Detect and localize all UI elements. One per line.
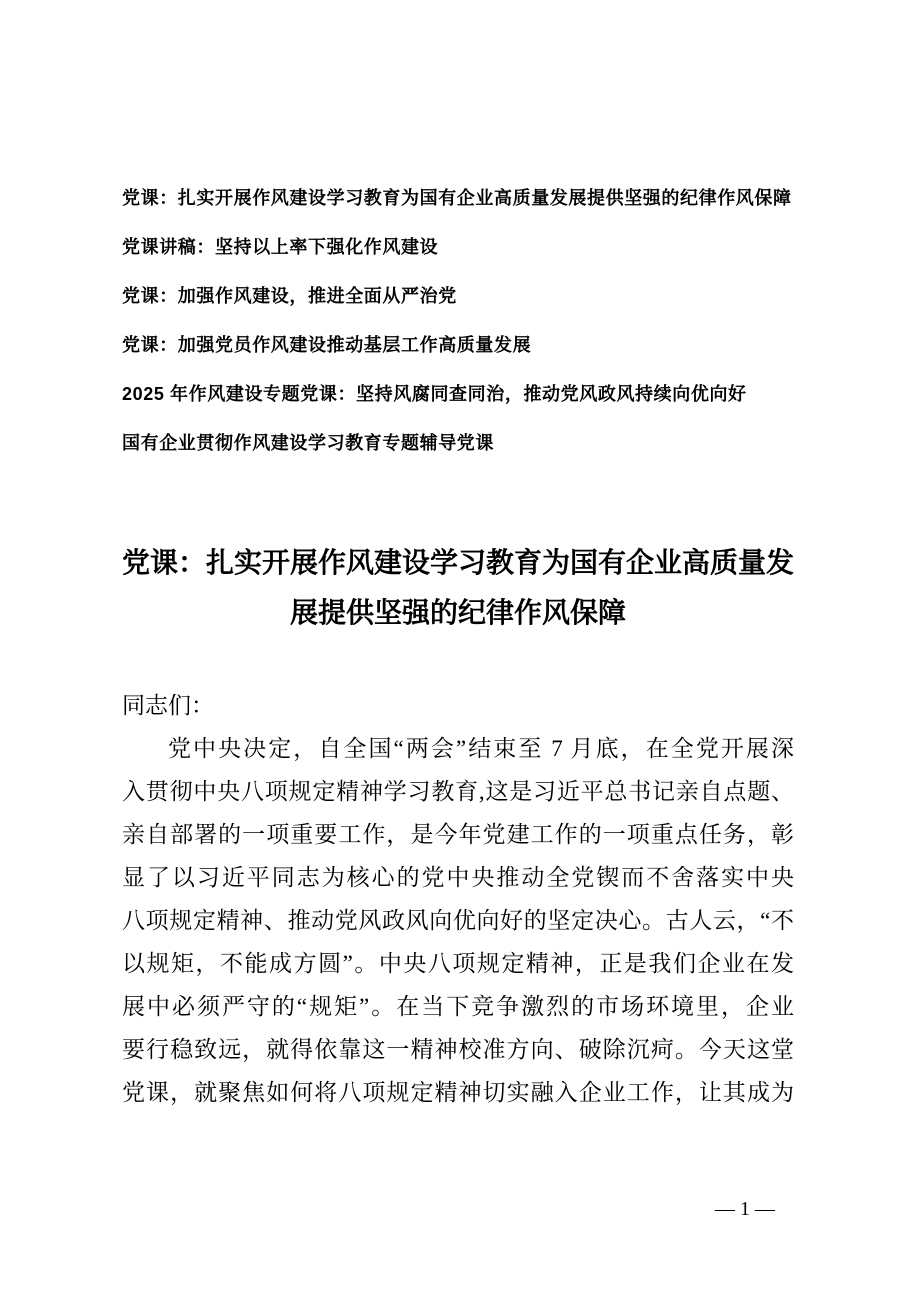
related-article-title-3: 党课：加强作风建设，推进全面从严治党 <box>122 272 798 321</box>
related-article-title-5: 2025 年作风建设专题党课：坚持风腐同查同治，推动党风政风持续向优向好 <box>122 370 798 419</box>
body-line-8: 要行稳致远，就得依靠这一精神校准方向、破除沉疴。今天这堂 <box>122 1028 794 1071</box>
body-line-1: 党中央决定，自全国“两会”结束至 7 月底，在全党开展深 <box>122 727 794 770</box>
page-number: — 1 — <box>715 1196 775 1222</box>
body-line-3: 亲自部署的一项重要工作，是今年党建工作的一项重点任务，彰 <box>122 813 794 856</box>
document-body: 同志们： 党中央决定，自全国“两会”结束至 7 月底，在全党开展深 入贯彻中央八… <box>122 684 794 1114</box>
related-articles-list: 党课：扎实开展作风建设学习教育为国有企业高质量发展提供坚强的纪律作风保障 党课讲… <box>122 174 798 468</box>
document-title-line-1: 党课：扎实开展作风建设学习教育为国有企业高质量发 <box>122 538 794 588</box>
related-article-title-4: 党课：加强党员作风建设推动基层工作高质量发展 <box>122 321 798 370</box>
body-line-2: 入贯彻中央八项规定精神学习教育,这是习近平总书记亲自点题、 <box>122 770 794 813</box>
body-line-5: 八项规定精神、推动党风政风向优向好的坚定决心。古人云，“不 <box>122 899 794 942</box>
salutation: 同志们： <box>122 684 794 727</box>
document-title: 党课：扎实开展作风建设学习教育为国有企业高质量发 展提供坚强的纪律作风保障 <box>122 538 794 638</box>
related-article-title-6: 国有企业贯彻作风建设学习教育专题辅导党课 <box>122 419 798 468</box>
body-line-9: 党课，就聚焦如何将八项规定精神切实融入企业工作，让其成为 <box>122 1071 794 1114</box>
body-line-7: 展中必须严守的“规矩”。在当下竞争激烈的市场环境里，企业 <box>122 985 794 1028</box>
document-page: 党课：扎实开展作风建设学习教育为国有企业高质量发展提供坚强的纪律作风保障 党课讲… <box>0 0 920 1302</box>
document-title-line-2: 展提供坚强的纪律作风保障 <box>122 588 794 638</box>
body-line-6: 以规矩，不能成方圆”。中央八项规定精神，正是我们企业在发 <box>122 942 794 985</box>
related-article-title-2: 党课讲稿：坚持以上率下强化作风建设 <box>122 223 798 272</box>
body-line-4: 显了以习近平同志为核心的党中央推动全党锲而不舍落实中央 <box>122 856 794 899</box>
related-article-title-1: 党课：扎实开展作风建设学习教育为国有企业高质量发展提供坚强的纪律作风保障 <box>122 174 798 223</box>
